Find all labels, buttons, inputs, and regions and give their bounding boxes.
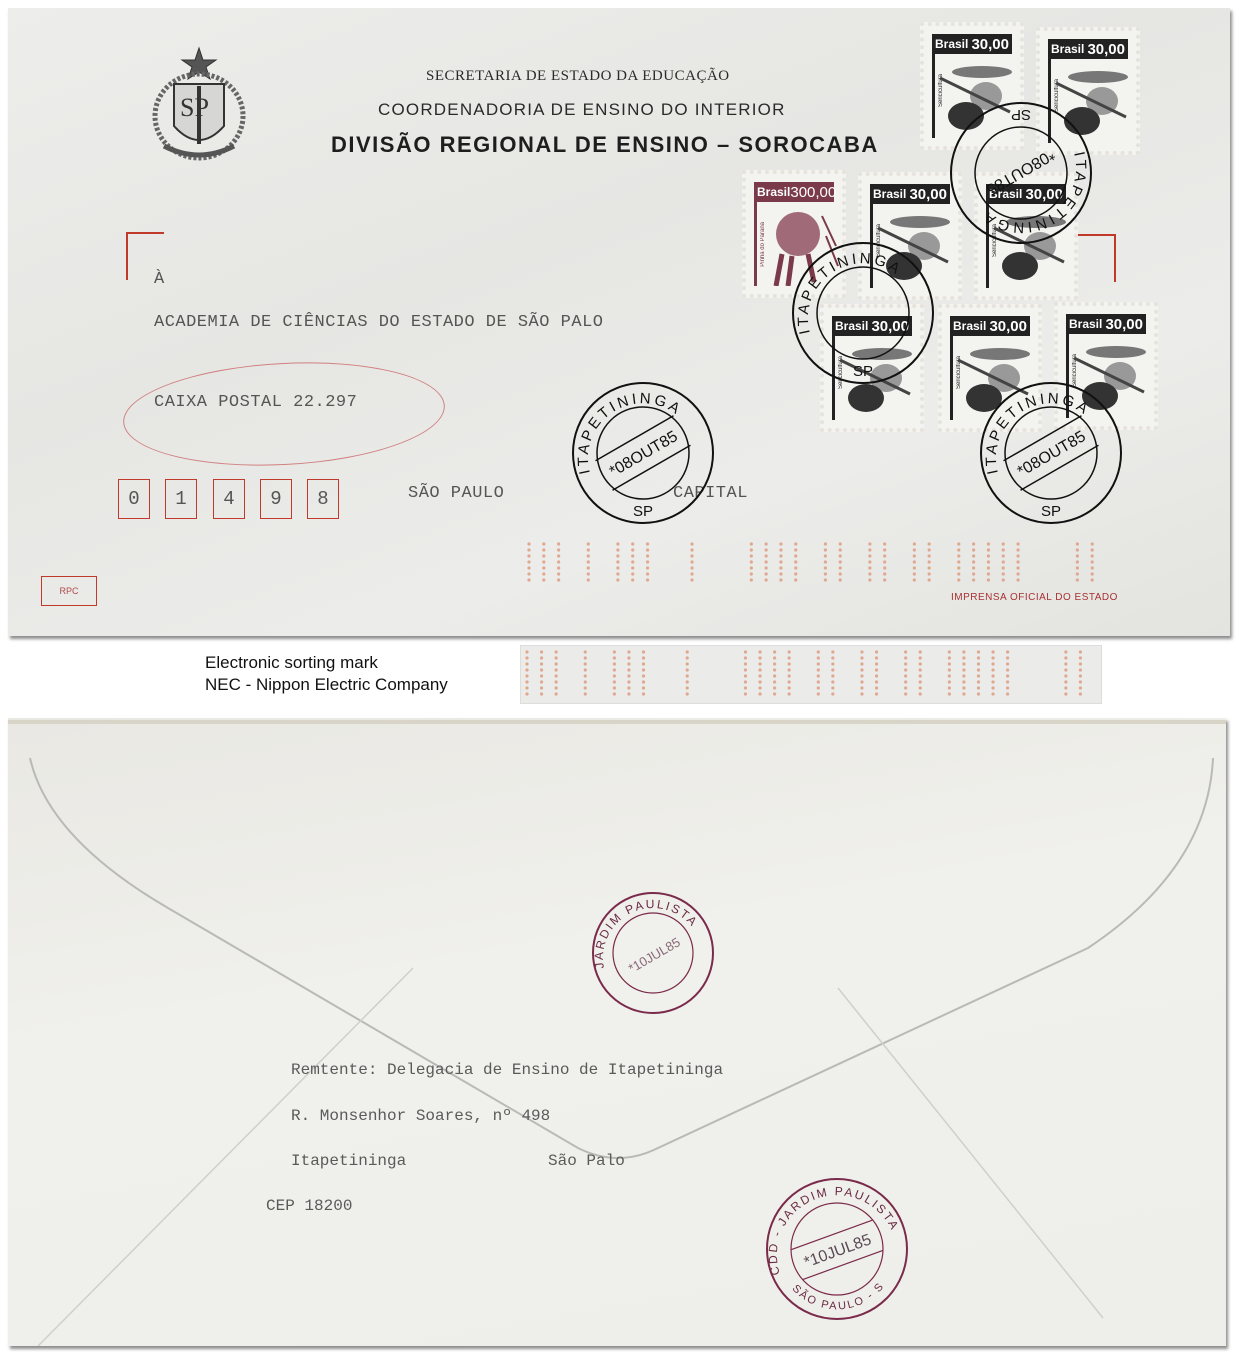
sender-cep: CEP 18200 [266,1197,352,1215]
envelope-front: SP SECRETARIA DE ESTADO DA EDUCAÇÃO COOR… [8,8,1230,636]
sender-state: São Palo [548,1152,625,1170]
svg-text:SP: SP [633,503,653,520]
sender-city: Itapetininga [291,1152,406,1170]
recipient-name: ACADEMIA DE CIÊNCIAS DO ESTADO DE SÃO PA… [154,313,603,332]
postmark-itapetininga: ITAPETININGA SP [788,238,938,388]
coat-of-arms-icon: SP [150,46,248,164]
cep-digit: 1 [165,479,197,519]
letterhead-secretaria: SECRETARIA DE ESTADO DA EDUCAÇÃO [426,68,730,85]
postmark-jardim-paulista: JARDIM PAULISTA *10JUL85 [588,888,718,1018]
svg-text:SP: SP [1041,503,1061,520]
cep-digit: 4 [213,479,245,519]
svg-text:SP: SP [1011,106,1031,123]
po-box: CAIXA POSTAL 22.297 [154,393,357,412]
postmark-itapetininga: ITAPETININGA *08OUT85 SP [976,378,1126,528]
postmark-itapetininga: ITAPETININGA *08OUT85 SP [946,98,1096,248]
cep-digit: 0 [118,479,150,519]
caption-line-2: NEC - Nippon Electric Company [205,674,448,696]
caption: Electronic sorting mark NEC - Nippon Ele… [205,652,448,696]
sorting-mark-detail [520,645,1102,704]
letterhead-divisao: DIVISÃO REGIONAL DE ENSINO – SOROCABA [331,132,879,158]
envelope-flap [8,718,1226,1346]
po-box-circle [121,355,448,474]
cep-digit: 8 [307,479,339,519]
sender-name: Remtente: Delegacia de Ensino de Itapeti… [291,1061,723,1079]
sorting-barcode-enlarged [521,646,1101,703]
svg-text:ITAPETININGA: ITAPETININGA [795,250,906,336]
svg-text:*10JUL85: *10JUL85 [626,934,683,976]
printer-imprint: IMPRENSA OFICIAL DO ESTADO [951,592,1118,603]
svg-text:SP: SP [180,93,209,122]
svg-text:CDD - JARDIM PAULISTA: CDD - JARDIM PAULISTA [766,1184,902,1277]
sender-street: R. Monsenhor Soares, nº 498 [291,1107,550,1125]
destination-city: SÃO PAULO [408,484,504,503]
svg-text:SP: SP [853,363,873,380]
envelope-back: JARDIM PAULISTA *10JUL85 Remtente: Deleg… [8,718,1226,1346]
letterhead-coordenadoria: COORDENADORIA DE ENSINO DO INTERIOR [378,100,786,120]
svg-text:*08OUT85: *08OUT85 [983,145,1057,198]
rpc-box: RPC [41,576,97,606]
postmark-itapetininga: ITAPETININGA *08OUT85 SP [568,378,718,528]
sorting-barcode [523,538,1113,588]
cep-digit: 9 [260,479,292,519]
salutation: À [154,270,165,289]
svg-text:*10JUL85: *10JUL85 [802,1231,874,1271]
caption-line-1: Electronic sorting mark [205,652,448,674]
postmark-cdd-jardim-paulista: CDD - JARDIM PAULISTA SÃO PAULO - SP *10… [762,1174,912,1324]
